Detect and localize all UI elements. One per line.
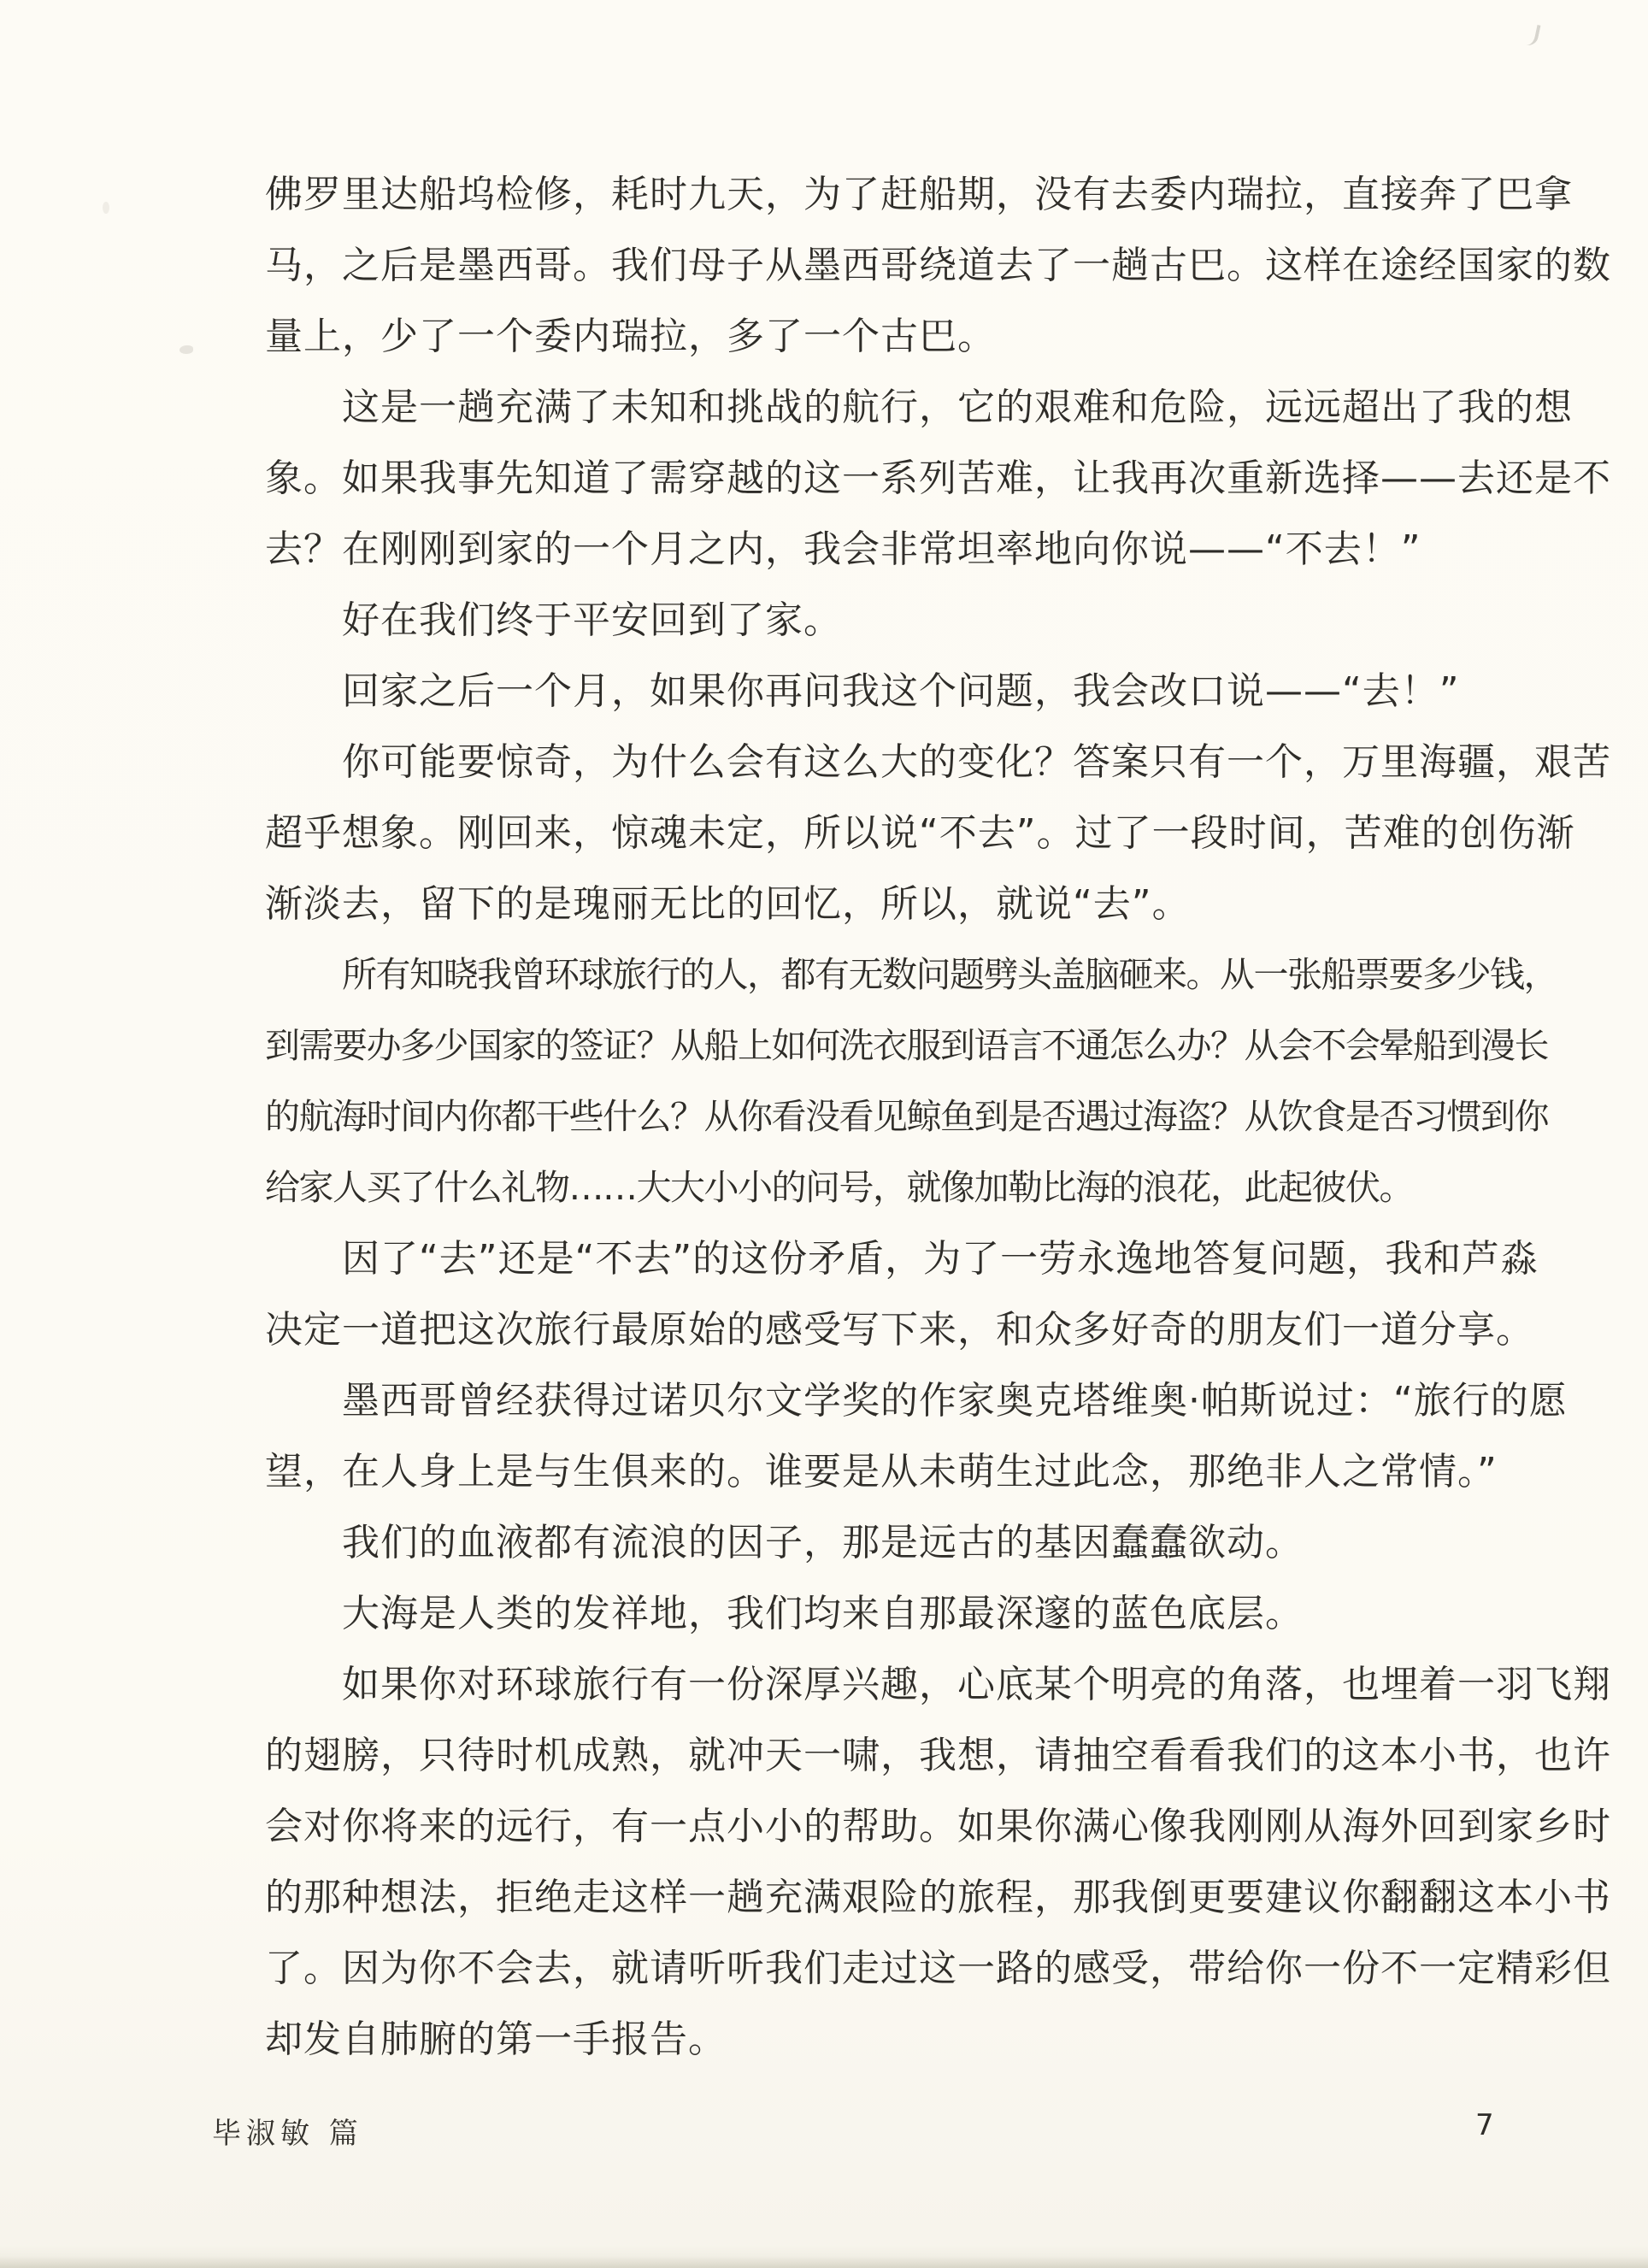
scan-artifact-left-smudge-2 [103,202,109,214]
text-line: 所有知晓我曾环球旅行的人，都有无数问题劈头盖脑砸来。从一张船票要多少钱， [265,940,1547,1010]
scan-artifact-left-smudge [180,345,193,354]
text-line: 你可能要惊奇，为什么会有这么大的变化？答案只有一个，万里海疆，艰苦 [265,727,1547,798]
text-line: 因了“去”还是“不去”的这份矛盾，为了一劳永逸地答复问题，我和芦淼 [265,1223,1547,1294]
text-line: 到需要办多少国家的签证？从船上如何洗衣服到语言不通怎么办？从会不会晕船到漫长 [265,1010,1547,1081]
text-line: 墨西哥曾经获得过诺贝尔文学奖的作家奥克塔维奥·帕斯说过：“旅行的愿 [265,1365,1547,1436]
text-line: 的翅膀，只待时机成熟，就冲天一啸，我想，请抽空看看我们的这本小书，也许 [265,1720,1547,1791]
text-line: 的航海时间内你都干些什么？从你看没看见鲸鱼到是否遇过海盗？从饮食是否习惯到你 [265,1081,1547,1152]
text-line: 去？在刚刚到家的一个月之内，我会非常坦率地向你说——“不去！” [265,514,1547,585]
text-line: 的那种想法，拒绝走这样一趟充满艰险的旅程，那我倒更要建议你翻翻这本小书 [265,1862,1547,1933]
text-block: 佛罗里达船坞检修，耗时九天，为了赶船期，没有去委内瑞拉，直接奔了巴拿马，之后是墨… [265,159,1547,2075]
text-line: 我们的血液都有流浪的因子，那是远古的基因蠢蠢欲动。 [265,1507,1547,1578]
text-line: 渐淡去，留下的是瑰丽无比的回忆，所以，就说“去”。 [265,869,1547,940]
text-line: 如果你对环球旅行有一份深厚兴趣，心底某个明亮的角落，也埋着一羽飞翔 [265,1649,1547,1720]
text-line: 望，在人身上是与生俱来的。谁要是从未萌生过此念，那绝非人之常情。” [265,1436,1547,1507]
text-line: 佛罗里达船坞检修，耗时九天，为了赶船期，没有去委内瑞拉，直接奔了巴拿 [265,159,1547,230]
text-line: 决定一道把这次旅行最原始的感受写下来，和众多好奇的朋友们一道分享。 [265,1294,1547,1365]
footer-author: 毕淑敏 篇 [212,2110,363,2152]
text-line: 却发自肺腑的第一手报告。 [265,2004,1547,2075]
text-line: 好在我们终于平安回到了家。 [265,585,1547,656]
text-line: 超乎想象。刚回来，惊魂未定，所以说“不去”。过了一段时间，苦难的创伤渐 [265,798,1547,869]
page-bottom-edge [0,2256,1648,2268]
text-line: 马，之后是墨西哥。我们母子从墨西哥绕道去了一趟古巴。这样在途经国家的数 [265,230,1547,301]
text-line: 会对你将来的远行，有一点小小的帮助。如果你满心像我刚刚从海外回到家乡时 [265,1791,1547,1862]
text-line: 象。如果我事先知道了需穿越的这一系列苦难，让我再次重新选择——去还是不 [265,443,1547,514]
book-page: { "document": { "lines": [ {"text": "佛罗里… [0,0,1648,2268]
text-line: 给家人买了什么礼物……大大小小的问号，就像加勒比海的浪花，此起彼伏。 [265,1152,1547,1223]
text-line: 大海是人类的发祥地，我们均来自那最深邃的蓝色底层。 [265,1578,1547,1649]
scan-artifact-top-right [1524,23,1540,47]
text-line: 了。因为你不会去，就请听听我们走过这一路的感受，带给你一份不一定精彩但 [265,1933,1547,2004]
text-line: 回家之后一个月，如果你再问我这个问题，我会改口说——“去！” [265,656,1547,727]
text-line: 这是一趟充满了未知和挑战的航行，它的艰难和危险，远远超出了我的想 [265,372,1547,443]
text-line: 量上，少了一个委内瑞拉，多了一个古巴。 [265,301,1547,372]
page-number: 7 [1475,2108,1494,2142]
